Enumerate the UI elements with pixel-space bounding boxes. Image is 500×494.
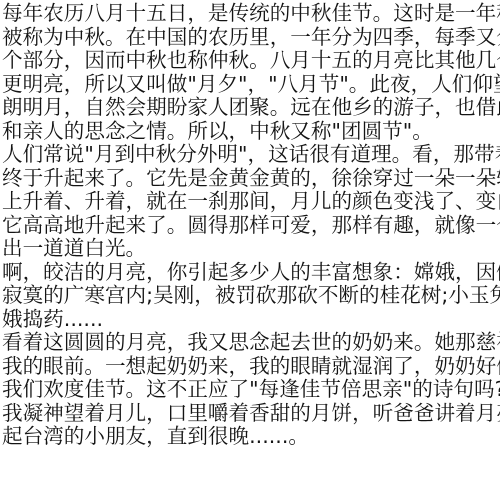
text-line: 上升着、升着，就在一刹那间，月儿的颜色变浅了、变白了! [2, 190, 500, 214]
text-line: 出一道道白光。 [2, 237, 500, 261]
text-line: 看着这圆圆的月亮，我又思念起去世的奶奶来。她那慈祥的面庞又浮现在 [2, 331, 500, 355]
text-line: 我凝神望着月儿，口里嚼着香甜的月饼，听爸爸讲着月亮的传说，我又想 [2, 402, 500, 426]
text-line: 朗明月，自然会期盼家人团聚。远在他乡的游子，也借此寄托自己对故乡 [2, 96, 500, 120]
text-line: 每年农历八月十五日，是传统的中秋佳节。这时是一年秋季的中期，所以 [2, 2, 500, 26]
text-line: 起台湾的小朋友，直到很晚......。 [2, 425, 500, 449]
document-body: 每年农历八月十五日，是传统的中秋佳节。这时是一年秋季的中期，所以 被称为中秋。在… [2, 2, 500, 449]
text-line: 终于升起来了。它先是金黄金黄的，徐徐穿过一朵一朵轻烟似的白云，向 [2, 167, 500, 191]
text-line: 我们欢度佳节。这不正应了"每逢佳节倍思亲"的诗句吗? [2, 378, 500, 402]
text-line: 寂寞的广寒宫内;吴刚，被罚砍那砍不断的桂花树;小玉兔，在广寒宫里为嫦 [2, 284, 500, 308]
text-line: 它高高地升起来了。圆得那样可爱，那样有趣，就像一个银色的玉盘反射 [2, 214, 500, 238]
text-line: 被称为中秋。在中国的农历里，一年分为四季，每季又分为孟、仲、季三 [2, 26, 500, 50]
text-line: 娥捣药...... [2, 308, 500, 332]
text-line: 更明亮，所以又叫做"月夕"，"八月节"。此夜，人们仰望天空如玉如盘的朗 [2, 73, 500, 97]
text-line: 和亲人的思念之情。所以，中秋又称"团圆节"。 [2, 120, 500, 144]
text-line: 我的眼前。一想起奶奶来，我的眼睛就湿润了，奶奶好像也在我们身旁和 [2, 355, 500, 379]
text-line: 个部分，因而中秋也称仲秋。八月十五的月亮比其他几个月的满月更圆， [2, 49, 500, 73]
text-line: 啊，皎洁的月亮，你引起多少人的丰富想象：嫦娥，因偷吃仙药，被关在 [2, 261, 500, 285]
text-line: 人们常说"月到中秋分外明"，这话很有道理。看，那带着一圈金环的月儿 [2, 143, 500, 167]
